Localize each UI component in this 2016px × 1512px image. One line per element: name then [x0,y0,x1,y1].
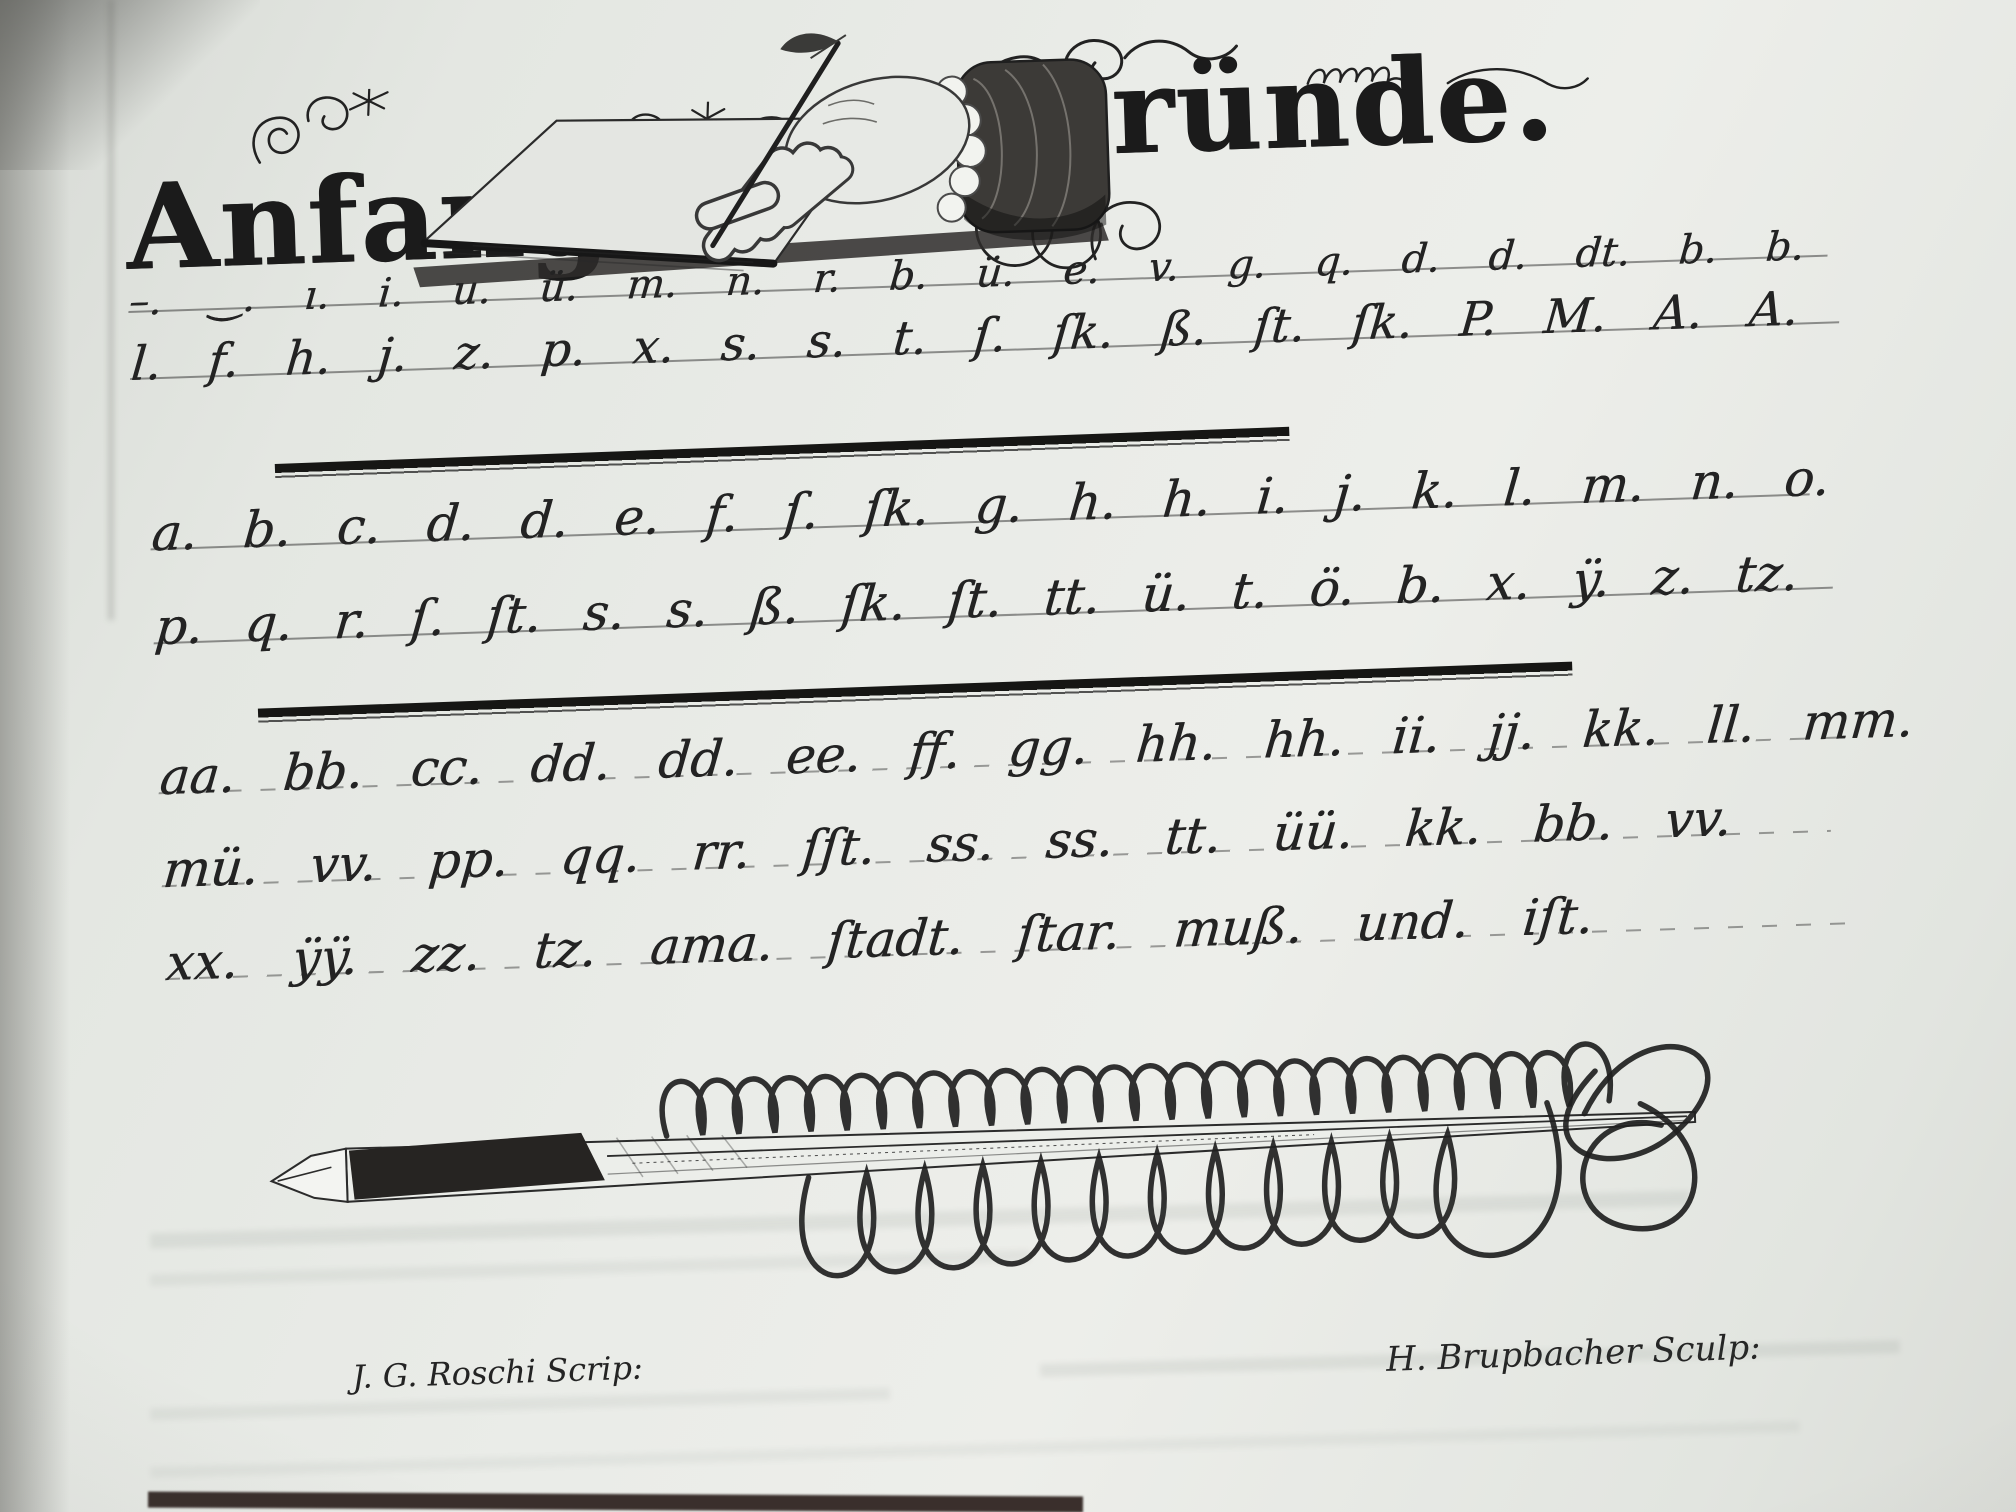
book-edge-strip [148,1492,1083,1512]
engraved-plate: Anfangs Gründe. [107,11,1914,1509]
scriptor-signature: J. G. Roschi Scrip: [351,1349,643,1397]
page-crease [108,0,114,620]
script-row: mü. vv. pp. qq. rr. ſſt. ss. ss. tt. üü.… [161,786,1835,900]
page-edge-shadow [0,0,70,1512]
script-row: p. q. r. ſ. ſt. s. s. ß. ſk. ſt. tt. ü. … [153,542,1837,656]
quill-pen-flourish-illustration [245,948,1771,1346]
pen-nib [271,1149,348,1205]
book-page-photo: Anfangs Gründe. [0,0,2016,1512]
